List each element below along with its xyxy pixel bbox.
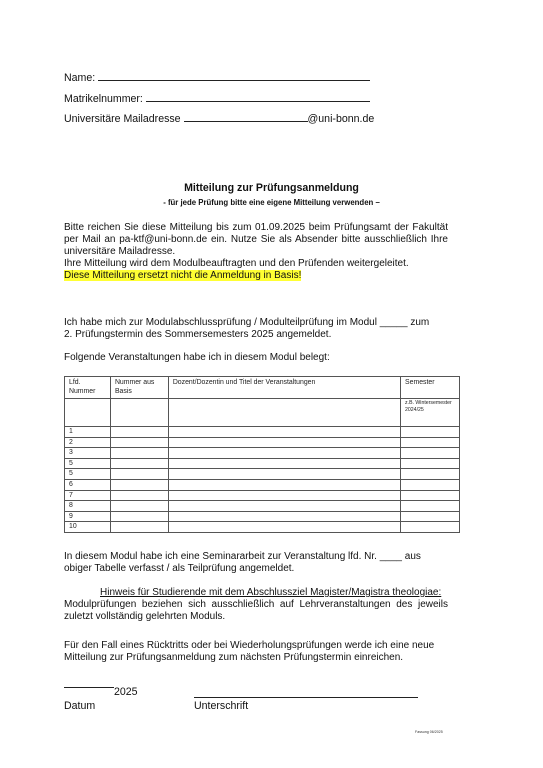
row-number: 8 — [65, 501, 111, 512]
row-number: 9 — [65, 511, 111, 522]
semester-cell[interactable] — [401, 511, 460, 522]
row-number: 2 — [65, 437, 111, 448]
semester-cell[interactable] — [401, 458, 460, 469]
header-lfd-nummer: Lfd. Nummer — [65, 377, 111, 399]
matrikel-blank[interactable] — [146, 91, 370, 102]
table-row: 8 — [65, 501, 460, 512]
basis-number-cell[interactable] — [110, 469, 168, 480]
matrikel-label: Matrikelnummer: — [64, 93, 143, 105]
table-hint-row: z.B. Wintersemester 2024/25 — [65, 399, 460, 427]
name-field[interactable]: Name: — [64, 70, 370, 84]
mail-blank[interactable] — [184, 111, 308, 122]
semester-cell[interactable] — [401, 522, 460, 533]
basis-number-cell[interactable] — [110, 501, 168, 512]
table-row: 5 — [65, 469, 460, 480]
row-number: 1 — [65, 427, 111, 438]
basis-number-cell[interactable] — [110, 490, 168, 501]
row-number: 10 — [65, 522, 111, 533]
basis-warning: Diese Mitteilung ersetzt nicht die Anmel… — [64, 270, 448, 282]
module-blank[interactable]: _____ — [380, 317, 408, 328]
basis-number-cell[interactable] — [110, 448, 168, 459]
header-semester: Semester — [401, 377, 460, 399]
version-footer: Fassung 06/2025 — [415, 730, 443, 734]
seminar-paragraph: In diesem Modul habe ich eine Seminararb… — [64, 551, 448, 575]
notice-body: Modulprüfungen beziehen sich ausschließl… — [64, 599, 448, 623]
semester-hint: z.B. Wintersemester 2024/25 — [405, 400, 455, 414]
basis-number-cell[interactable] — [110, 479, 168, 490]
registration-text-end: zum — [410, 317, 429, 328]
row-number: 7 — [65, 490, 111, 501]
table-row: 3 — [65, 448, 460, 459]
date-blank[interactable] — [64, 687, 114, 688]
semester-cell[interactable] — [401, 490, 460, 501]
table-header-row: Lfd. Nummer Nummer aus Basis Dozent/Doze… — [65, 377, 460, 399]
signature-blank[interactable] — [194, 697, 418, 698]
mail-label: Universitäre Mailadresse — [64, 113, 181, 125]
registration-line-1: Ich habe mich zur Modulabschlussprüfung … — [64, 317, 448, 329]
signature-label: Unterschrift — [194, 700, 248, 712]
course-title-cell[interactable] — [168, 469, 400, 480]
header-dozent-titel: Dozent/Dozentin und Titel der Veranstalt… — [168, 377, 400, 399]
basis-number-cell[interactable] — [110, 522, 168, 533]
course-title-cell[interactable] — [168, 437, 400, 448]
row-number: 6 — [65, 479, 111, 490]
table-row: 2 — [65, 437, 460, 448]
course-title-cell[interactable] — [168, 479, 400, 490]
notice-heading: Hinweis für Studierende mit dem Abschlus… — [64, 587, 448, 599]
semester-cell[interactable] — [401, 427, 460, 438]
name-blank[interactable] — [98, 70, 370, 81]
row-number: 3 — [65, 448, 111, 459]
course-title-cell[interactable] — [168, 427, 400, 438]
semester-cell[interactable] — [401, 437, 460, 448]
date-label: Datum — [64, 700, 95, 712]
basis-number-cell[interactable] — [110, 458, 168, 469]
table-row: 5 — [65, 458, 460, 469]
withdrawal-paragraph: Für den Fall eines Rücktritts oder bei W… — [64, 640, 448, 664]
table-row: 9 — [65, 511, 460, 522]
name-label: Name: — [64, 72, 95, 84]
course-title-cell[interactable] — [168, 458, 400, 469]
course-title-cell[interactable] — [168, 511, 400, 522]
mail-field[interactable]: Universitäre Mailadresse @uni-bonn.de — [64, 111, 374, 125]
basis-number-cell[interactable] — [110, 511, 168, 522]
table-row: 6 — [65, 479, 460, 490]
course-title-cell[interactable] — [168, 501, 400, 512]
semester-cell[interactable] — [401, 501, 460, 512]
forwarding-note: Ihre Mitteilung wird dem Modulbeauftragt… — [64, 258, 448, 270]
row-number: 5 — [65, 469, 111, 480]
document-subtitle: - für jede Prüfung bitte eine eigene Mit… — [0, 198, 543, 207]
seminar-text: In diesem Modul habe ich eine Seminararb… — [64, 551, 377, 562]
registration-line-2: 2. Prüfungstermin des Sommersemesters 20… — [64, 329, 448, 341]
header-nummer-basis: Nummer aus Basis — [110, 377, 168, 399]
notice-heading-text: Hinweis für Studierende mit dem Abschlus… — [100, 587, 441, 598]
semester-cell[interactable] — [401, 479, 460, 490]
table-row: 1 — [65, 427, 460, 438]
document-title: Mitteilung zur Prüfungsanmeldung — [0, 182, 543, 194]
course-title-cell[interactable] — [168, 522, 400, 533]
semester-cell[interactable] — [401, 448, 460, 459]
mail-suffix: @uni-bonn.de — [308, 113, 375, 125]
matrikel-field[interactable]: Matrikelnummer: — [64, 91, 370, 105]
course-title-cell[interactable] — [168, 448, 400, 459]
table-row: 10 — [65, 522, 460, 533]
courses-intro: Folgende Veranstaltungen habe ich in die… — [64, 352, 448, 364]
basis-number-cell[interactable] — [110, 427, 168, 438]
courses-table: Lfd. Nummer Nummer aus Basis Dozent/Doze… — [64, 376, 460, 533]
course-title-cell[interactable] — [168, 490, 400, 501]
semester-cell[interactable] — [401, 469, 460, 480]
seminar-number-blank[interactable]: ____ — [380, 551, 402, 562]
intro-paragraph: Bitte reichen Sie diese Mitteilung bis z… — [64, 222, 448, 259]
registration-text: Ich habe mich zur Modulabschlussprüfung … — [64, 317, 377, 328]
signature-year: 2025 — [114, 686, 138, 698]
basis-warning-text: Diese Mitteilung ersetzt nicht die Anmel… — [64, 270, 301, 281]
row-number: 5 — [65, 458, 111, 469]
basis-number-cell[interactable] — [110, 437, 168, 448]
table-row: 7 — [65, 490, 460, 501]
